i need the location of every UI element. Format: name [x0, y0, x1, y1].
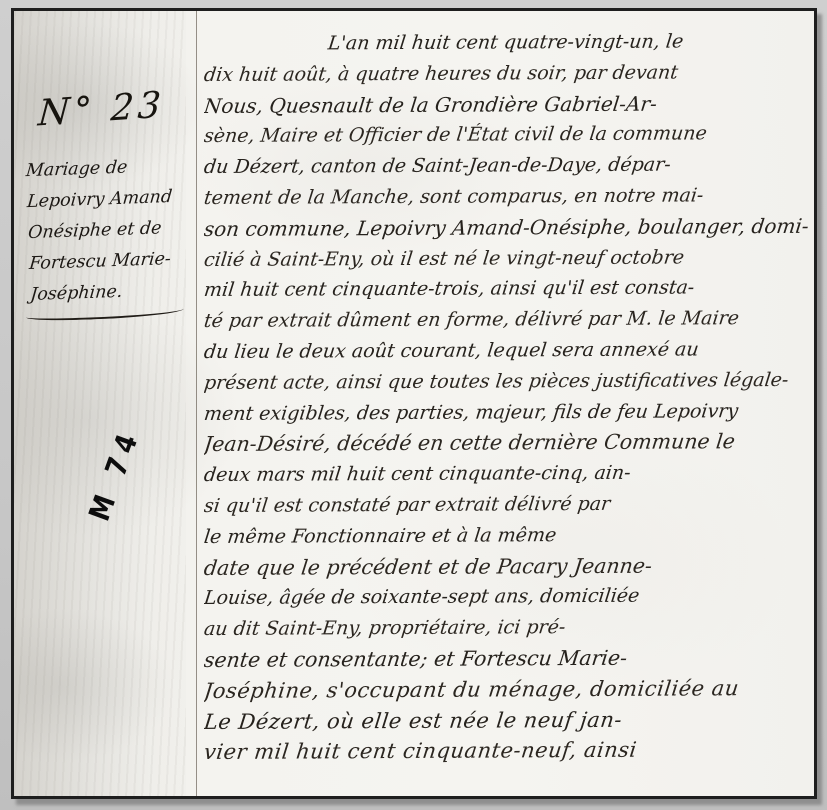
scan-background: N° 23 Mariage deLepoivry AmandOnésiphe e… — [0, 0, 827, 810]
manuscript-line: du lieu le deux août courant, lequel ser… — [204, 334, 808, 368]
manuscript-body: L'an mil huit cent quatre-vingt-un, ledi… — [204, 29, 808, 787]
manuscript-line: Le Dézert, où elle est née le neuf jan- — [204, 703, 808, 737]
manuscript-line: le même Fonctionnaire et à la même — [204, 519, 808, 553]
margin-rule-line — [196, 11, 197, 796]
manuscript-line: mil huit cent cinquante-trois, ainsi qu'… — [204, 272, 808, 306]
margin-annotation: Mariage deLepoivry AmandOnésiphe et deFo… — [25, 150, 205, 311]
manuscript-line: Joséphine, s'occupant du ménage, domicil… — [204, 673, 808, 707]
manuscript-line: si qu'il est constaté par extrait délivr… — [204, 488, 808, 522]
act-number: N° 23 — [37, 84, 166, 134]
manuscript-line: deux mars mil huit cent cinquante-cinq, … — [204, 457, 808, 491]
manuscript-line: présent acte, ainsi que toutes les pièce… — [204, 365, 808, 399]
manuscript-line: té par extrait dûment en forme, délivré … — [204, 303, 808, 337]
manuscript-line: dix huit août, à quatre heures du soir, … — [204, 57, 808, 91]
manuscript-line: au dit Saint-Eny, propriétaire, ici pré- — [204, 611, 808, 645]
archive-stamp-number: M 74 — [82, 423, 146, 525]
manuscript-line: L'an mil huit cent quatre-vingt-un, le — [204, 29, 808, 60]
manuscript-line: tement de la Manche, sont comparus, en n… — [204, 180, 808, 214]
manuscript-line: sène, Maire et Officier de l'État civil … — [204, 118, 808, 152]
manuscript-line: du Dézert, canton de Saint-Jean-de-Daye,… — [204, 149, 808, 183]
manuscript-line: cilié à Saint-Eny, où il est né le vingt… — [204, 241, 808, 275]
manuscript-line: Nous, Quesnault de la Grondière Gabriel-… — [204, 87, 808, 121]
manuscript-line: date que le précédent et de Pacary Jeann… — [204, 549, 808, 583]
manuscript-line: sente et consentante; et Fortescu Marie- — [204, 642, 808, 676]
manuscript-line: Jean-Désiré, décédé en cette dernière Co… — [204, 426, 808, 460]
manuscript-page: N° 23 Mariage deLepoivry AmandOnésiphe e… — [11, 8, 817, 799]
manuscript-line: son commune, Lepoivry Amand-Onésiphe, bo… — [204, 211, 808, 245]
register-margin-column: N° 23 Mariage deLepoivry AmandOnésiphe e… — [14, 11, 196, 796]
manuscript-line: vier mil huit cent cinquante-neuf, ainsi — [204, 734, 808, 768]
manuscript-line: Louise, âgée de soixante-sept ans, domic… — [204, 580, 808, 614]
manuscript-line: ment exigibles, des parties, majeur, fil… — [204, 395, 808, 429]
